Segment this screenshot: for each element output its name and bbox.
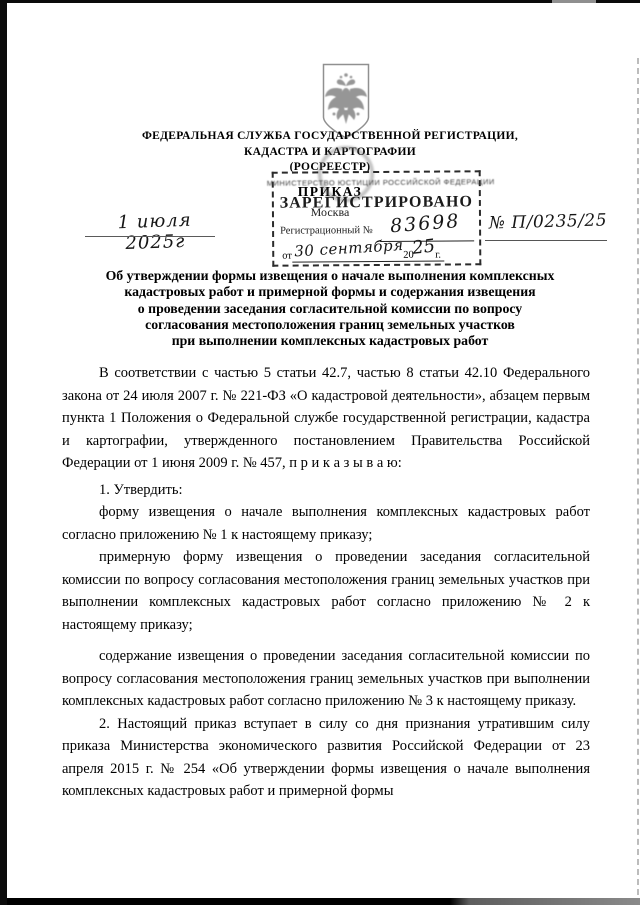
page-border-left bbox=[0, 0, 7, 905]
issue-date-underline bbox=[85, 236, 215, 237]
order-title-line5: при выполнении комплексных кадастровых р… bbox=[56, 333, 604, 349]
body-paragraph: В соответствии с частью 5 статьи 42.7, ч… bbox=[62, 362, 590, 475]
order-body: В соответствии с частью 5 статьи 42.7, ч… bbox=[62, 362, 590, 803]
order-title-line4: согласования местоположения границ земел… bbox=[56, 317, 604, 333]
order-title-line2: кадастровых работ и примерной формы и со… bbox=[56, 284, 604, 300]
stamp-date-underline bbox=[292, 261, 444, 263]
doc-number-handwritten: № П/0235/25 bbox=[487, 210, 609, 233]
page-border-bottom bbox=[7, 898, 640, 905]
stamp-date-handwritten: 30 сентября bbox=[294, 236, 404, 260]
registration-stamp: МИНИСТЕРСТВО ЮСТИЦИИ РОССИЙСКОЙ ФЕДЕРАЦИ… bbox=[272, 170, 482, 266]
page-border-top bbox=[0, 0, 640, 3]
order-title-line1: Об утверждении формы извещения о начале … bbox=[56, 268, 604, 284]
stamp-date-suffix: г. bbox=[435, 250, 441, 261]
body-paragraph: форму извещения о начале выполнения комп… bbox=[62, 501, 590, 546]
order-title: Об утверждении формы извещения о начале … bbox=[56, 268, 604, 349]
stamp-reg-number-value: 83698 bbox=[389, 210, 461, 237]
body-paragraph: примерную форму извещения о проведении з… bbox=[62, 546, 590, 636]
page-border-right bbox=[637, 58, 639, 905]
stamp-reg-number-label: Регистрационный № bbox=[280, 225, 373, 237]
stamp-ministry-line: МИНИСТЕРСТВО ЮСТИЦИИ РОССИЙСКОЙ ФЕДЕРАЦИ… bbox=[267, 177, 486, 188]
stamp-date-year-handwritten: 25 bbox=[411, 235, 436, 258]
body-paragraph: содержание извещения о проведении заседа… bbox=[62, 645, 590, 713]
doc-number-underline bbox=[485, 240, 607, 241]
body-paragraph: 2. Настоящий приказ вступает в силу со д… bbox=[62, 713, 590, 803]
order-title-line3: о проведении заседания согласительной ко… bbox=[56, 301, 604, 317]
issue-date-handwritten: 1 июля 2025г bbox=[87, 209, 222, 256]
page-border-top-gray-segment bbox=[552, 0, 596, 3]
org-name-line1: ФЕДЕРАЛЬНАЯ СЛУЖБА ГОСУДАРСТВЕННОЙ РЕГИС… bbox=[56, 129, 604, 145]
stamp-date-prefix: от bbox=[282, 251, 292, 262]
scanned-order-page: ФЕДЕРАЛЬНАЯ СЛУЖБА ГОСУДАРСТВЕННОЙ РЕГИС… bbox=[0, 0, 640, 905]
body-paragraph: 1. Утвердить: bbox=[62, 479, 590, 502]
